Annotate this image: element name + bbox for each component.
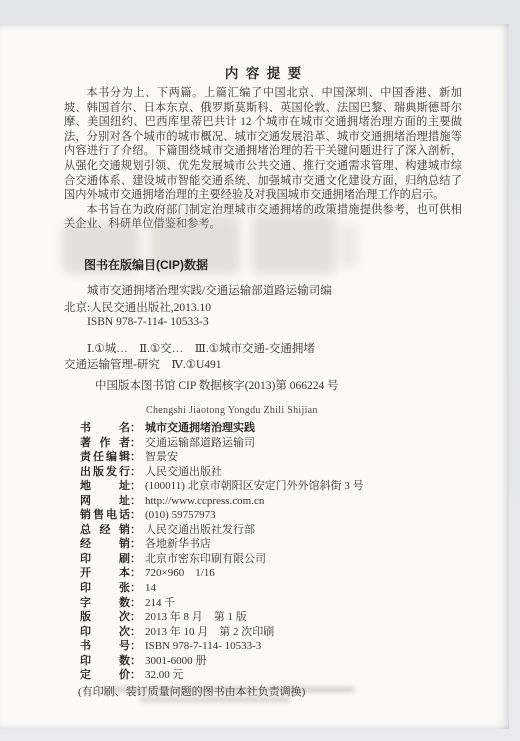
row-label: 定价 bbox=[80, 668, 130, 683]
copyright-page: 内容提要 本书分为上、下两篇。上篇汇编了中国北京、中国深圳、中国香港、新加坡、韩… bbox=[0, 24, 509, 729]
row-colon: ： bbox=[130, 451, 141, 463]
summary-paragraph: 本书分为上、下两篇。上篇汇编了中国北京、中国深圳、中国香港、新加坡、韩国首尔、日… bbox=[64, 86, 462, 203]
pinyin-title: Chengshi Jiaotong Yongdu Zhili Shijian bbox=[146, 405, 318, 416]
row-colon: ： bbox=[130, 495, 141, 507]
colophon-row-author: 著作者：交通运输部道路运输司 bbox=[80, 436, 364, 451]
row-value: 3001-6000 册 bbox=[145, 655, 206, 667]
colophon-row-format: 开本：720×960 1/16 bbox=[80, 566, 364, 581]
row-label: 地址 bbox=[80, 479, 130, 494]
summary-heading: 内容提要 bbox=[64, 62, 462, 82]
row-value: http://www.ccpress.com.cn bbox=[145, 495, 264, 507]
row-value: 2013 年 8 月 第 1 版 bbox=[145, 611, 247, 623]
row-value: 北京市密东印刷有限公司 bbox=[145, 553, 266, 565]
row-value: 32.00 元 bbox=[145, 669, 184, 681]
row-colon: ： bbox=[130, 509, 141, 521]
summary-text: 本书分为上、下两篇。上篇汇编了中国北京、中国深圳、中国香港、新加坡、韩国首尔、日… bbox=[64, 86, 462, 232]
row-colon: ： bbox=[130, 597, 141, 609]
cip-record-number: 中国版本图书馆 CIP 数据核字(2013)第 066224 号 bbox=[95, 377, 339, 393]
colophon-row-editor: 责任编辑：智景安 bbox=[80, 450, 364, 465]
colophon-row-price: 定价：32.00 元 bbox=[80, 668, 364, 683]
showthrough-smudge bbox=[252, 214, 336, 274]
colophon-row-word-count: 字数：214 千 bbox=[80, 596, 364, 611]
row-colon: ： bbox=[130, 437, 141, 449]
row-label: 著作者 bbox=[80, 436, 130, 451]
row-label: 网址 bbox=[80, 494, 130, 509]
row-value: 各地新华书店 bbox=[145, 538, 211, 550]
row-colon: ： bbox=[130, 480, 141, 492]
row-label: 印数 bbox=[80, 654, 130, 669]
colophon-row-printer: 印刷：北京市密东印刷有限公司 bbox=[80, 552, 364, 567]
row-label: 总经销 bbox=[80, 523, 130, 538]
cip-classification-line: Ⅰ.①城… Ⅱ.①交… Ⅲ.①城市交通-交通拥堵 bbox=[64, 340, 464, 356]
row-label: 开本 bbox=[80, 566, 130, 581]
row-value: 人民交通出版社 bbox=[145, 466, 222, 478]
row-value: 交通运输部道路运输司 bbox=[145, 437, 255, 449]
colophon-row-address: 地址：(100011) 北京市朝阳区安定门外外馆斜街 3 号 bbox=[80, 479, 364, 494]
row-value: 214 千 bbox=[145, 597, 175, 609]
colophon-row-publisher: 出版发行：人民交通出版社 bbox=[80, 465, 364, 480]
row-colon: ： bbox=[130, 466, 141, 478]
row-label: 印次 bbox=[80, 625, 130, 640]
row-label: 经销 bbox=[80, 537, 130, 552]
colophon-row-title: 书名：城市交通拥堵治理实践 bbox=[80, 421, 364, 436]
row-value: ISBN 978-7-114- 10533-3 bbox=[145, 640, 261, 652]
row-colon: ： bbox=[130, 567, 141, 579]
row-value: (100011) 北京市朝阳区安定门外外馆斜街 3 号 bbox=[145, 480, 364, 492]
colophon-row-seller: 经销：各地新华书店 bbox=[80, 537, 364, 552]
row-label: 责任编辑 bbox=[80, 450, 130, 465]
colophon-row-print-run: 印数：3001-6000 册 bbox=[80, 654, 364, 669]
colophon-list: 书名：城市交通拥堵治理实践 著作者：交通运输部道路运输司 责任编辑：智景安 出版… bbox=[80, 421, 364, 683]
colophon-row-website: 网址：http://www.ccpress.com.cn bbox=[80, 494, 364, 509]
row-value: 14 bbox=[145, 582, 156, 594]
showthrough-smudge bbox=[340, 224, 358, 268]
cip-title-line: 城市交通拥堵治理实践/交通运输部道路运输司编 bbox=[64, 282, 464, 298]
row-value: (010) 59757973 bbox=[145, 509, 216, 521]
cip-publisher-line: 北京:人民交通出版社,2013.10 bbox=[64, 299, 464, 315]
row-label: 印张 bbox=[80, 581, 130, 596]
row-colon: ： bbox=[130, 582, 141, 594]
cip-isbn-line: ISBN 978-7-114- 10533-3 bbox=[64, 316, 464, 328]
colophon-row-sheets: 印张：14 bbox=[80, 581, 364, 596]
quality-exchange-note: (有印刷、装订质量问题的图书由本社负责调换) bbox=[78, 683, 305, 699]
scanned-book-page: 内容提要 本书分为上、下两篇。上篇汇编了中国北京、中国深圳、中国香港、新加坡、韩… bbox=[0, 0, 520, 741]
row-colon: ： bbox=[130, 538, 141, 550]
row-value: 720×960 1/16 bbox=[145, 567, 215, 579]
colophon-row-distributor: 总经销：人民交通出版社发行部 bbox=[80, 523, 364, 538]
row-colon: ： bbox=[130, 422, 141, 434]
row-label: 书号 bbox=[80, 639, 130, 654]
row-label: 字数 bbox=[80, 596, 130, 611]
colophon-row-isbn: 书号：ISBN 978-7-114- 10533-3 bbox=[80, 639, 364, 654]
row-colon: ： bbox=[130, 626, 141, 638]
row-value: 人民交通出版社发行部 bbox=[145, 524, 255, 536]
row-colon: ： bbox=[130, 611, 141, 623]
row-label: 版次 bbox=[80, 610, 130, 625]
colophon-row-sales-phone: 销售电话：(010) 59757973 bbox=[80, 508, 364, 523]
row-label: 出版发行 bbox=[80, 465, 130, 480]
row-colon: ： bbox=[130, 640, 141, 652]
row-label: 销售电话 bbox=[80, 508, 130, 523]
row-colon: ： bbox=[130, 524, 141, 536]
row-colon: ： bbox=[130, 669, 141, 681]
row-label: 书名 bbox=[80, 421, 130, 436]
row-colon: ： bbox=[130, 655, 141, 667]
row-label: 印刷 bbox=[80, 552, 130, 567]
row-value: 2013 年 10 月 第 2 次印刷 bbox=[145, 626, 274, 638]
colophon-row-printing: 印次：2013 年 10 月 第 2 次印刷 bbox=[80, 625, 364, 640]
colophon-row-edition: 版次：2013 年 8 月 第 1 版 bbox=[80, 610, 364, 625]
row-colon: ： bbox=[130, 553, 141, 565]
cip-heading: 图书在版编目(CIP)数据 bbox=[84, 256, 208, 273]
row-value: 智景安 bbox=[145, 451, 178, 463]
row-value: 城市交通拥堵治理实践 bbox=[145, 422, 255, 434]
cip-classification-line: 交通运输管理-研究 Ⅳ.①U491 bbox=[64, 356, 464, 372]
